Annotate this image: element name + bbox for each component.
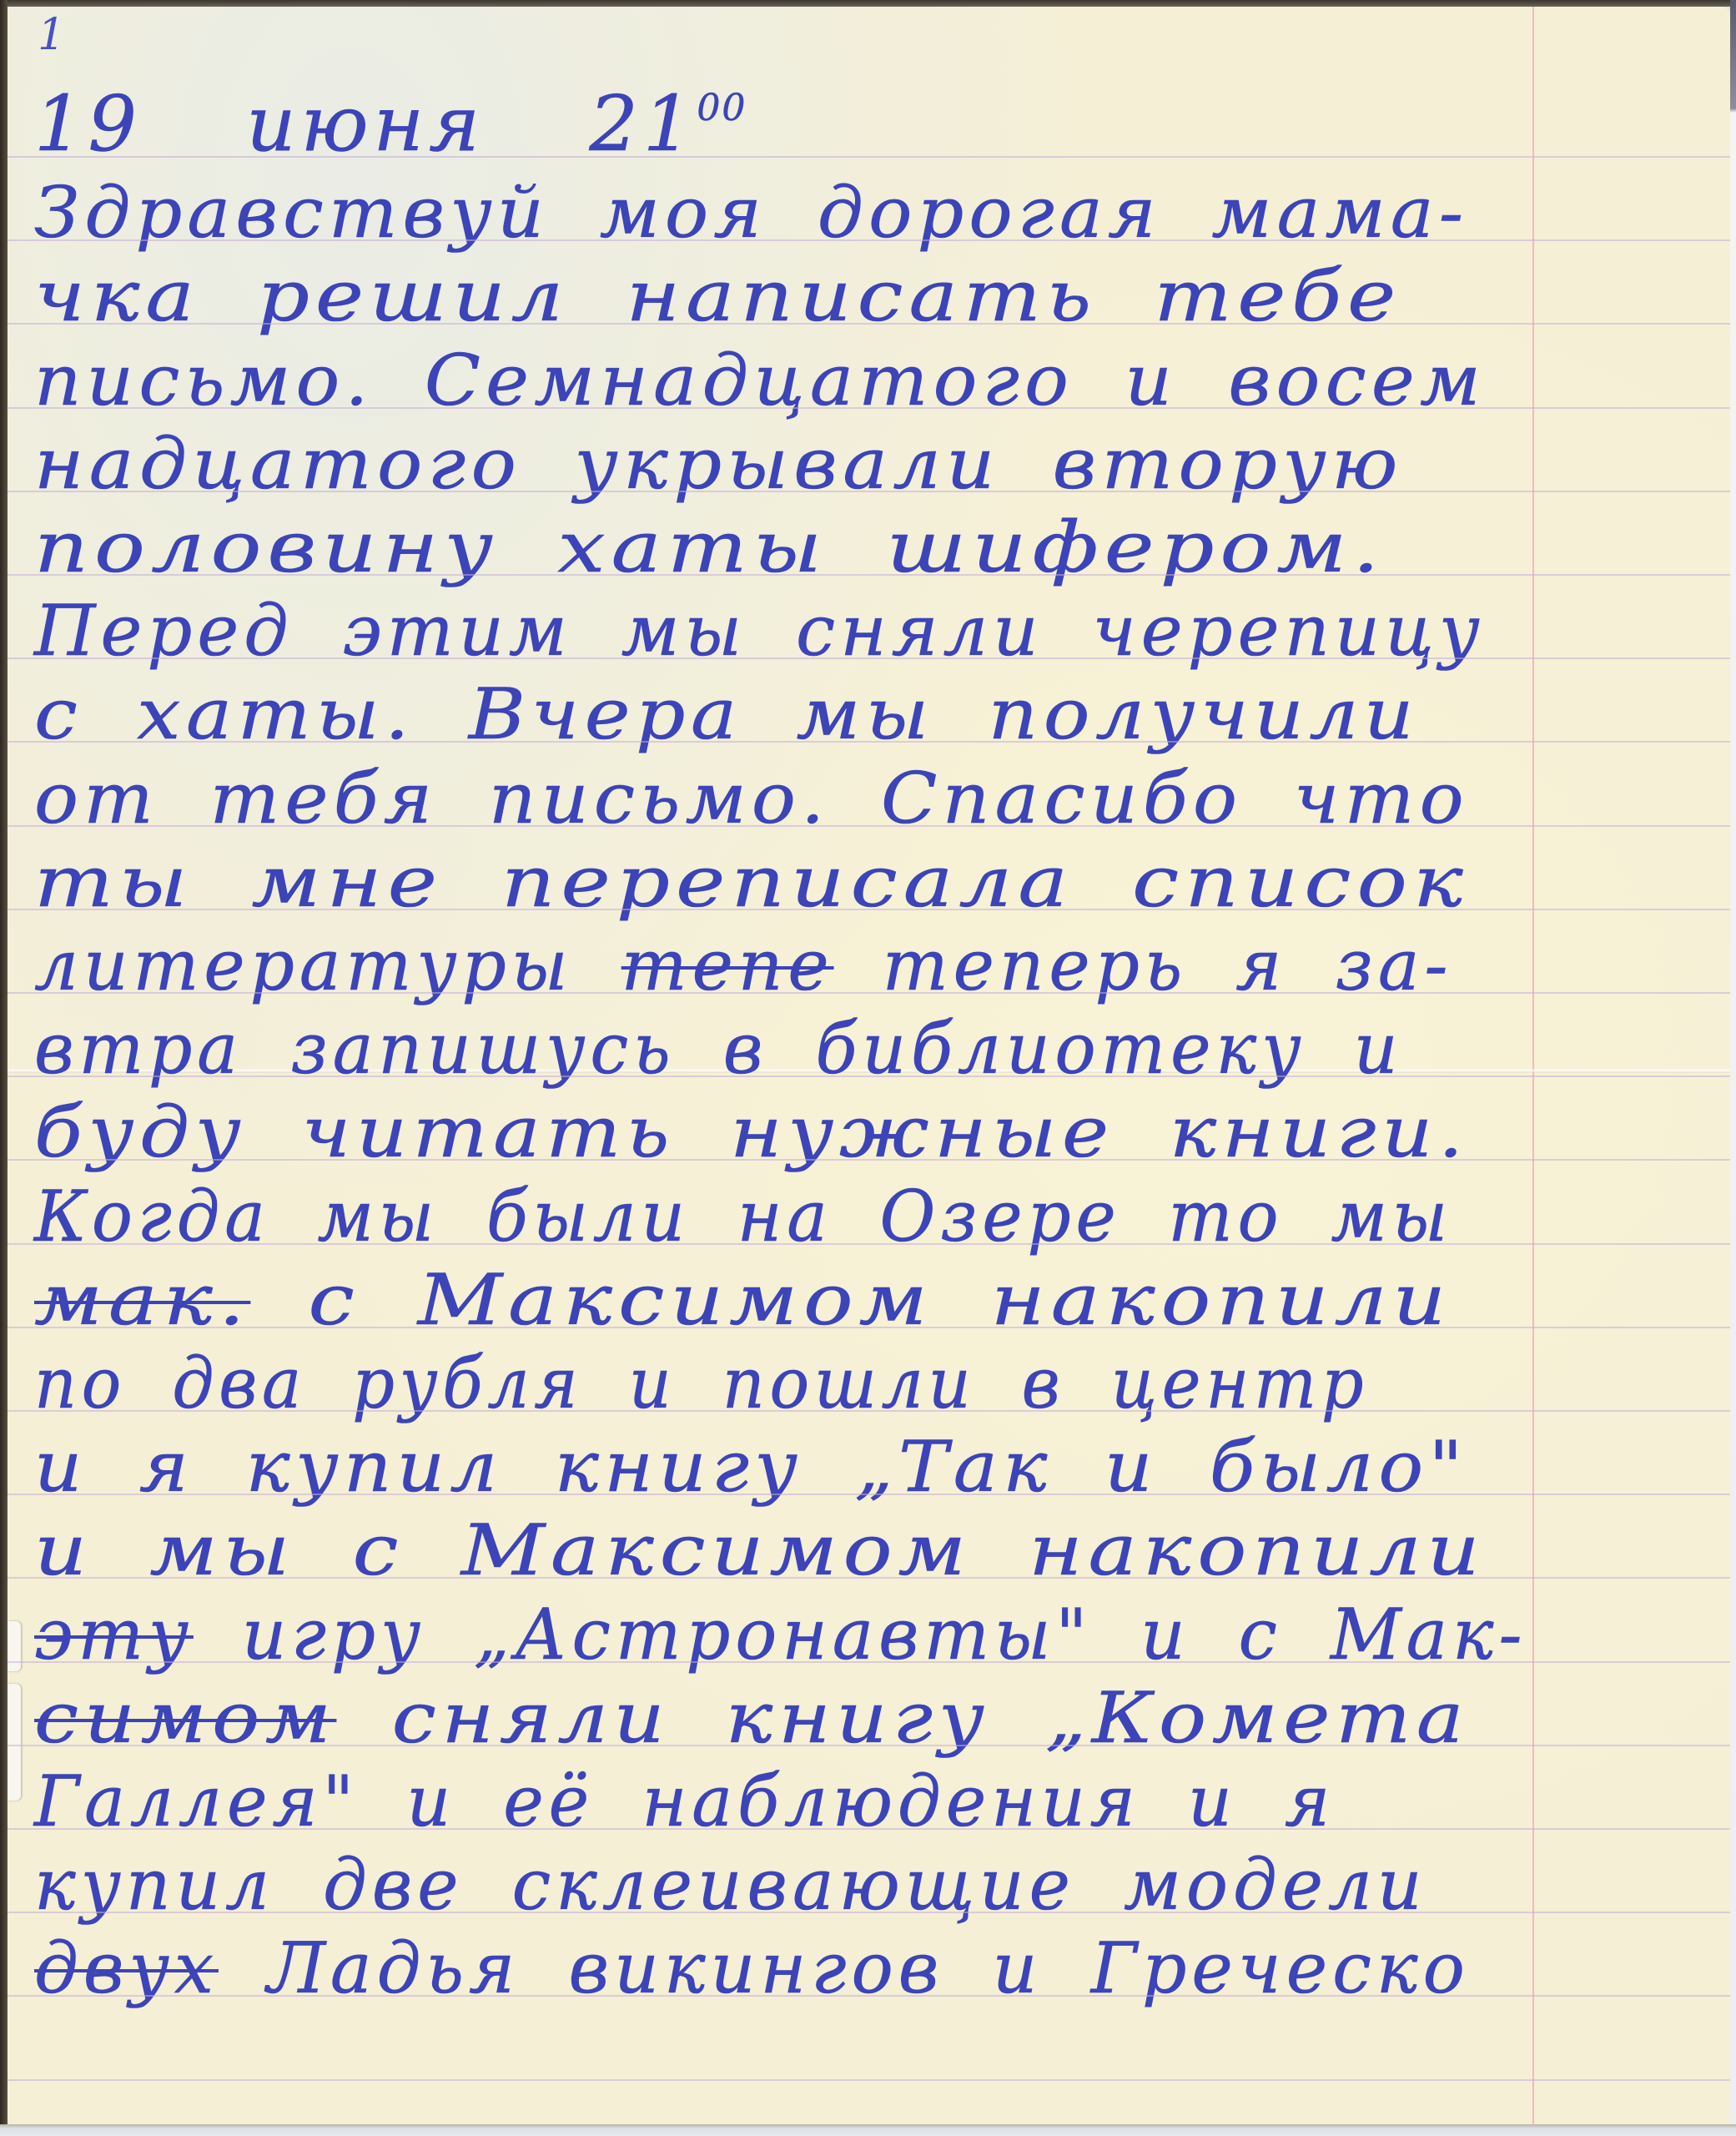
letter-line: чка решил написать тебе: [34, 261, 1401, 331]
line-text: Перед этим мы сняли черепицу: [34, 590, 1485, 672]
ruled-line: [8, 1410, 1730, 1412]
letter-time: 2100: [589, 79, 747, 169]
line-text: по два рубля и пошли в центр: [34, 1343, 1368, 1424]
line-text: литературы: [34, 924, 621, 1006]
ruled-line: [8, 1995, 1730, 1997]
ruled-line: [8, 1828, 1730, 1830]
letter-line: ты мне переписала список: [34, 847, 1469, 917]
line-text: с хаты. Вчера мы получили: [34, 673, 1419, 755]
letter-line: симом сняли книгу „Комета: [34, 1683, 1469, 1753]
letter-line: мак. с Максимом накопили: [34, 1265, 1452, 1335]
ruled-line: [8, 1327, 1730, 1328]
letter-line: буду читать нужные книги.: [34, 1097, 1469, 1167]
letter-line: литературы тепе теперь я за-: [34, 930, 1453, 1000]
struck-out-word: мак.: [34, 1259, 250, 1341]
letter-line: втра запишусь в библиотеку и: [34, 1014, 1402, 1084]
letter-line: половину хаты шифером.: [34, 512, 1386, 582]
letter-line: по два рубля и пошли в центр: [34, 1348, 1368, 1418]
struck-out-word: эту: [34, 1594, 194, 1675]
ruled-line: [8, 407, 1730, 409]
line-text: буду читать нужные книги.: [34, 1091, 1469, 1173]
ruled-line: [8, 2079, 1730, 2081]
letter-line: Перед этим мы сняли черепицу: [34, 596, 1485, 666]
line-text: с Максимом накопили: [250, 1259, 1452, 1341]
ruled-line: [8, 239, 1730, 241]
line-text: купил две склеивающие модели: [34, 1844, 1427, 1926]
line-text: втра запишусь в библиотеку и: [34, 1008, 1402, 1090]
ruled-line: [8, 1159, 1730, 1161]
ruled-line: [8, 1912, 1730, 1913]
ruled-line: [8, 156, 1730, 158]
letter-line: Когда мы были на Озере то мы: [34, 1181, 1452, 1252]
scan-border-top: [0, 0, 1736, 7]
letter-line: эту игру „Астронавты" и с Мак-: [34, 1599, 1527, 1670]
letter-line: Галлея" и её наблюдения и я: [34, 1766, 1335, 1836]
struck-out-word: тепе: [621, 924, 834, 1006]
line-text: Ладья викингов и Греческо: [219, 1927, 1470, 2009]
line-text: от тебя письмо. Спасибо что: [34, 758, 1469, 839]
letter-page: 1 19 июня 2100 Здравствуй моя дорогая ма…: [8, 7, 1730, 2124]
letter-date: 19 июня: [34, 79, 485, 169]
line-text: теперь я за-: [834, 924, 1453, 1006]
letter-line: купил две склеивающие модели: [34, 1850, 1427, 1920]
ruled-line: [8, 992, 1730, 994]
letter-line: от тебя письмо. Спасибо что: [34, 763, 1469, 834]
struck-out-word: симом: [34, 1677, 336, 1759]
letter-line: Здравствуй моя дорогая мама-: [34, 178, 1468, 248]
line-text: Когда мы были на Озере то мы: [34, 1176, 1452, 1257]
letter-line: надцатого укрывали вторую: [34, 429, 1403, 499]
line-text: половину хаты шифером.: [34, 506, 1386, 588]
letter-line: и мы с Максимом накопили: [34, 1515, 1486, 1585]
ruled-line: [8, 1243, 1730, 1245]
scan-border-bottom: [0, 2124, 1736, 2136]
line-text: чка решил написать тебе: [34, 255, 1401, 337]
letter-line: письмо. Семнадцатого и восем: [34, 345, 1486, 416]
ruled-line: [8, 825, 1730, 827]
ruled-line: [8, 1745, 1730, 1746]
line-text: сняли книгу „Комета: [336, 1677, 1469, 1759]
ruled-line: [8, 574, 1730, 576]
page-number: 1: [38, 13, 65, 57]
binding-tear: [8, 1621, 21, 1671]
line-text: и я купил книгу „Так и было": [34, 1426, 1468, 1508]
scan-border-left: [0, 0, 8, 2136]
struck-out-word: двух: [34, 1927, 219, 2009]
ruled-line: [8, 1661, 1730, 1663]
ruled-line: [8, 657, 1730, 659]
line-text: игру „Астронавты" и с Мак-: [194, 1594, 1527, 1675]
line-text: ты мне переписала список: [34, 841, 1469, 923]
ruled-line: [8, 1577, 1730, 1579]
letter-date-line: 19 июня 2100: [34, 86, 747, 163]
ruled-line: [8, 741, 1730, 743]
scan-border-right: [1730, 0, 1736, 2136]
ruled-line: [8, 491, 1730, 492]
letter-line: с хаты. Вчера мы получили: [34, 679, 1419, 749]
line-text: Галлея" и её наблюдения и я: [34, 1761, 1335, 1842]
line-text: и мы с Максимом накопили: [34, 1509, 1486, 1591]
ruled-line: [8, 909, 1730, 910]
line-text: Здравствуй моя дорогая мама-: [34, 172, 1468, 254]
line-text: письмо. Семнадцатого и восем: [34, 340, 1486, 421]
line-text: надцатого укрывали вторую: [34, 423, 1403, 505]
binding-tear: [8, 1684, 21, 1801]
ruled-line: [8, 1494, 1730, 1495]
ruled-line: [8, 323, 1730, 325]
ruled-line: [8, 1076, 1730, 1077]
letter-line: и я купил книгу „Так и было": [34, 1432, 1468, 1502]
letter-line: двух Ладья викингов и Греческо: [34, 1933, 1470, 2003]
